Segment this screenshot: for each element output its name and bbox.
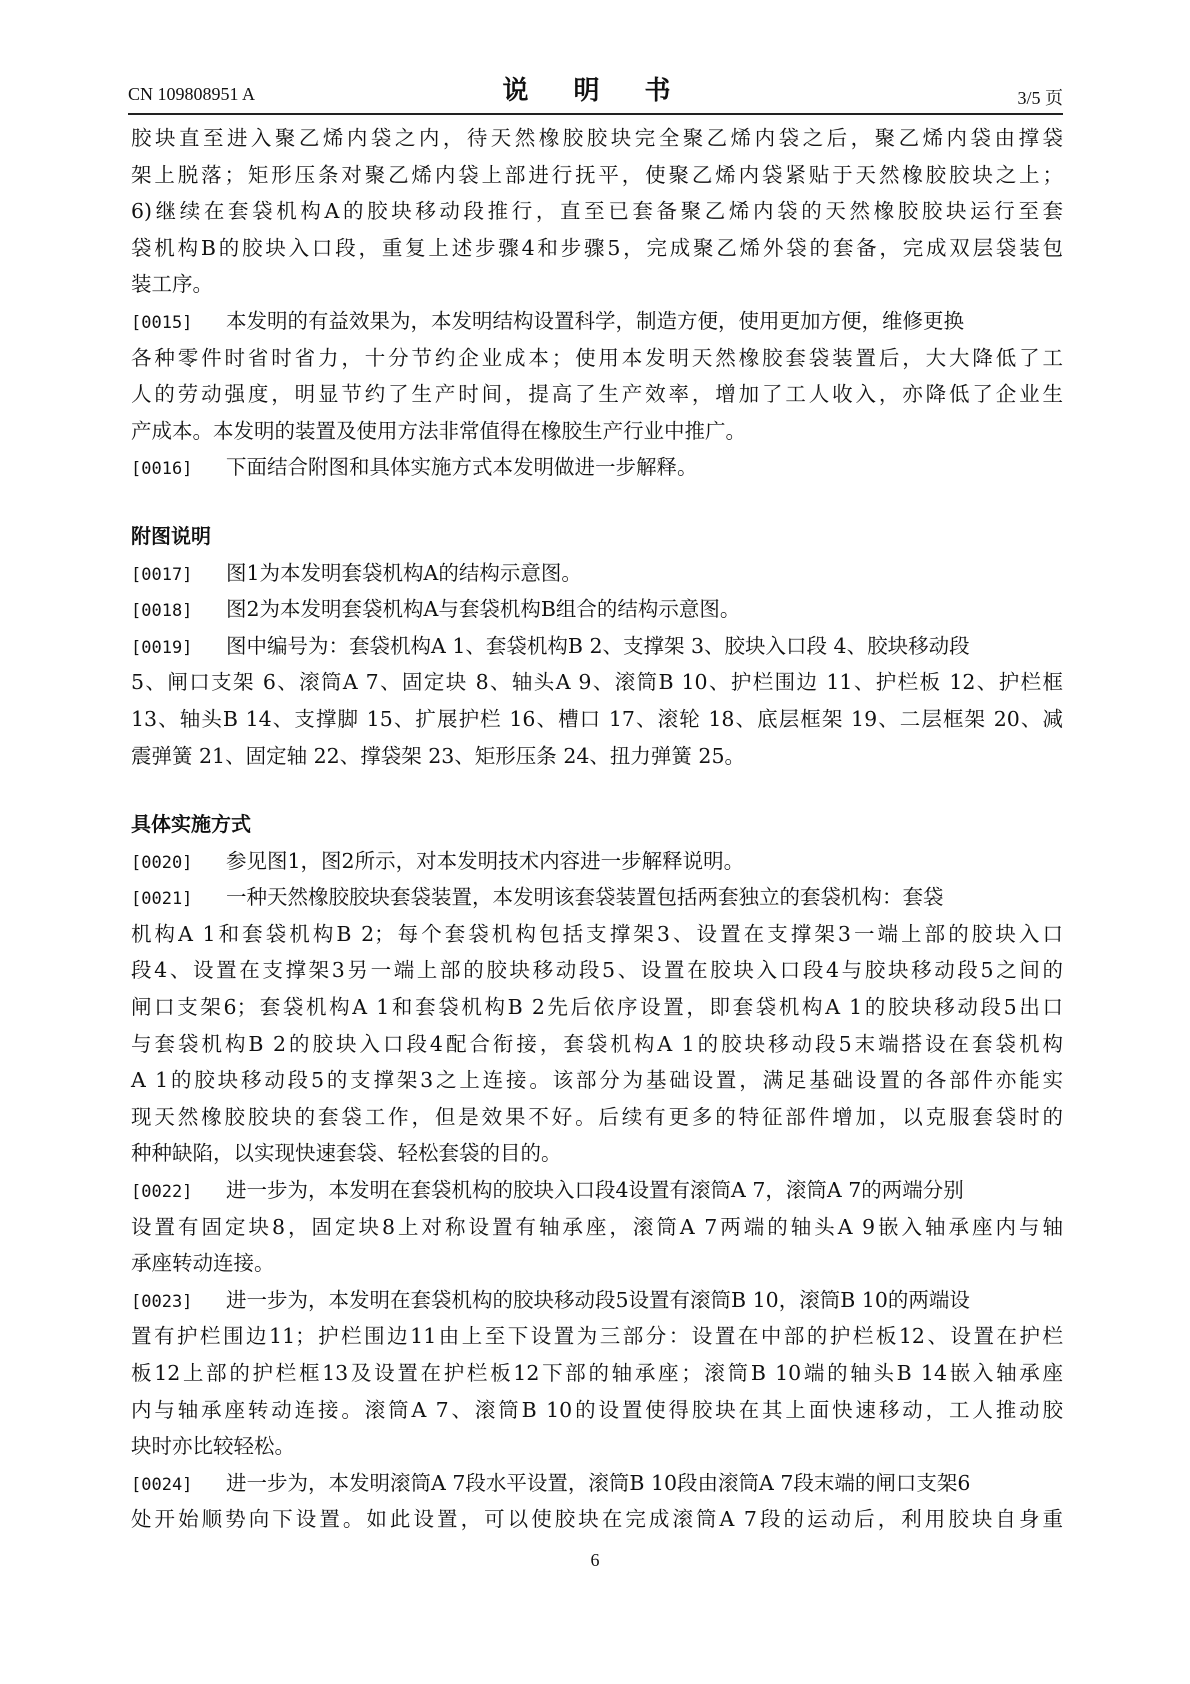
- text-line: 图中编号为：套袋机构A 1、套袋机构B 2、支撑架 3、胶块入口段 4、胶块移动…: [226, 634, 970, 658]
- header-divider: [128, 113, 1063, 115]
- section-heading-embodiment: 具体实施方式: [131, 806, 1063, 843]
- paragraph-0021: [0021]一种天然橡胶胶块套袋装置，本发明该套袋装置包括两套独立的套袋机构：套…: [131, 879, 1063, 1172]
- text-line: 进一步为，本发明在套袋机构的胶块入口段4设置有滚筒A 7，滚筒A 7的两端分别: [226, 1178, 964, 1202]
- text-line: 内与轴承座转动连接。滚筒A 7、滚筒B 10的设置使得胶块在其上面快速移动，工人…: [131, 1392, 1063, 1429]
- text-line: 一种天然橡胶胶块套袋装置，本发明该套袋装置包括两套独立的套袋机构：套袋: [226, 885, 944, 909]
- text-line: 与套袋机构B 2的胶块入口段4配合衔接，套袋机构A 1的胶块移动段5末端搭设在套…: [131, 1026, 1063, 1063]
- text-line: A 1的胶块移动段5的支撑架3之上连接。该部分为基础设置，满足基础设置的各部件亦…: [131, 1062, 1063, 1099]
- text-line: 板12上部的护栏框13及设置在护栏板12下部的轴承座；滚筒B 10端的轴头B 1…: [131, 1355, 1063, 1392]
- paragraph-number: [0018]: [131, 593, 226, 630]
- paragraph-number: [0019]: [131, 630, 226, 667]
- text-line: 13、轴头B 14、支撑脚 15、扩展护栏 16、槽口 17、滚轮 18、底层框…: [131, 701, 1063, 738]
- text-line: 置有护栏围边11；护栏围边11由上至下设置为三部分：设置在中部的护栏板12、设置…: [131, 1318, 1063, 1355]
- paragraph-0015: [0015]本发明的有益效果为，本发明结构设置科学，制造方便，使用更加方便，维修…: [131, 303, 1063, 449]
- text-line: 进一步为，本发明滚筒A 7段水平设置，滚筒B 10段由滚筒A 7段末端的闸口支架…: [226, 1471, 970, 1495]
- text-line: 处开始顺势向下设置。如此设置，可以使胶块在完成滚筒A 7段的运动后，利用胶块自身…: [131, 1501, 1063, 1538]
- paragraph-0017: [0017]图1为本发明套袋机构A的结构示意图。: [131, 555, 1063, 592]
- text-line: 承座转动连接。: [131, 1245, 1063, 1282]
- paragraph-0024: [0024]进一步为，本发明滚筒A 7段水平设置，滚筒B 10段由滚筒A 7段末…: [131, 1465, 1063, 1538]
- page-header: CN 109808951 A 说 明 书 3/5 页: [128, 70, 1063, 110]
- paragraph-number: [0021]: [131, 881, 226, 918]
- text-line: 5、闸口支架 6、滚筒A 7、固定块 8、轴头A 9、滚筒B 10、护栏围边 1…: [131, 664, 1063, 701]
- paragraph-number: [0015]: [131, 305, 226, 342]
- text-line: 袋机构B的胶块入口段，重复上述步骤4和步骤5，完成聚乙烯外袋的套备，完成双层袋装…: [131, 230, 1063, 267]
- paragraph-number: [0017]: [131, 557, 226, 594]
- document-title: 说 明 书: [128, 70, 1063, 107]
- paragraph-number: [0022]: [131, 1174, 226, 1211]
- text-line: 本发明的有益效果为，本发明结构设置科学，制造方便，使用更加方便，维修更换: [226, 309, 964, 333]
- text-line: 段4、设置在支撑架3另一端上部的胶块移动段5、设置在胶块入口段4与胶块移动段5之…: [131, 952, 1063, 989]
- text-line: 震弹簧 21、固定轴 22、撑袋架 23、矩形压条 24、扭力弹簧 25。: [131, 738, 1063, 775]
- paragraph-0022: [0022]进一步为，本发明在套袋机构的胶块入口段4设置有滚筒A 7，滚筒A 7…: [131, 1172, 1063, 1282]
- text-line: 图1为本发明套袋机构A的结构示意图。: [226, 561, 582, 585]
- text-line: 胶块直至进入聚乙烯内袋之内，待天然橡胶胶块完全聚乙烯内袋之后，聚乙烯内袋由撑袋: [131, 120, 1063, 157]
- text-line: 6)继续在套袋机构A的胶块移动段推行，直至已套备聚乙烯内袋的天然橡胶胶块运行至套: [131, 193, 1063, 230]
- paragraph-0016: [0016]下面结合附图和具体实施方式本发明做进一步解释。: [131, 449, 1063, 486]
- text-line: 机构A 1和套袋机构B 2；每个套袋机构包括支撑架3、设置在支撑架3一端上部的胶…: [131, 916, 1063, 953]
- paragraph-0023: [0023]进一步为，本发明在套袋机构的胶块移动段5设置有滚筒B 10，滚筒B …: [131, 1282, 1063, 1465]
- text-line: 下面结合附图和具体实施方式本发明做进一步解释。: [226, 455, 698, 479]
- paragraph-number: [0016]: [131, 451, 226, 488]
- text-line: 各种零件时省时省力，十分节约企业成本；使用本发明天然橡胶套袋装置后，大大降低了工: [131, 340, 1063, 377]
- document-body: 胶块直至进入聚乙烯内袋之内，待天然橡胶胶块完全聚乙烯内袋之后，聚乙烯内袋由撑袋 …: [131, 120, 1063, 1538]
- section-heading-figures: 附图说明: [131, 518, 1063, 555]
- text-line: 人的劳动强度，明显节约了生产时间，提高了生产效率，增加了工人收入，亦降低了企业生: [131, 376, 1063, 413]
- paragraph-number: [0024]: [131, 1467, 226, 1504]
- text-line: 装工序。: [131, 266, 1063, 303]
- paragraph-0020: [0020]参见图1，图2所示，对本发明技术内容进一步解释说明。: [131, 843, 1063, 880]
- text-line: 块时亦比较轻松。: [131, 1428, 1063, 1465]
- paragraph-0019: [0019]图中编号为：套袋机构A 1、套袋机构B 2、支撑架 3、胶块入口段 …: [131, 628, 1063, 774]
- text-line: 图2为本发明套袋机构A与套袋机构B组合的结构示意图。: [226, 597, 740, 621]
- text-line: 产成本。本发明的装置及使用方法非常值得在橡胶生产行业中推广。: [131, 413, 1063, 450]
- text-line: 设置有固定块8，固定块8上对称设置有轴承座，滚筒A 7两端的轴头A 9嵌入轴承座…: [131, 1209, 1063, 1246]
- paragraph-number: [0023]: [131, 1284, 226, 1321]
- paragraph-0018: [0018]图2为本发明套袋机构A与套袋机构B组合的结构示意图。: [131, 591, 1063, 628]
- text-line: 架上脱落；矩形压条对聚乙烯内袋上部进行抚平，使聚乙烯内袋紧贴于天然橡胶胶块之上；: [131, 157, 1063, 194]
- text-line: 进一步为，本发明在套袋机构的胶块移动段5设置有滚筒B 10，滚筒B 10的两端设: [226, 1288, 970, 1312]
- text-line: 参见图1，图2所示，对本发明技术内容进一步解释说明。: [226, 849, 744, 873]
- continuation-paragraph: 胶块直至进入聚乙烯内袋之内，待天然橡胶胶块完全聚乙烯内袋之后，聚乙烯内袋由撑袋 …: [131, 120, 1063, 303]
- text-line: 种种缺陷，以实现快速套袋、轻松套袋的目的。: [131, 1135, 1063, 1172]
- text-line: 现天然橡胶胶块的套袋工作，但是效果不好。后续有更多的特征部件增加，以克服套袋时的: [131, 1099, 1063, 1136]
- text-line: 闸口支架6；套袋机构A 1和套袋机构B 2先后依序设置，即套袋机构A 1的胶块移…: [131, 989, 1063, 1026]
- paragraph-number: [0020]: [131, 845, 226, 882]
- page-number: 6: [0, 1550, 1190, 1571]
- page-indicator: 3/5 页: [1017, 84, 1063, 110]
